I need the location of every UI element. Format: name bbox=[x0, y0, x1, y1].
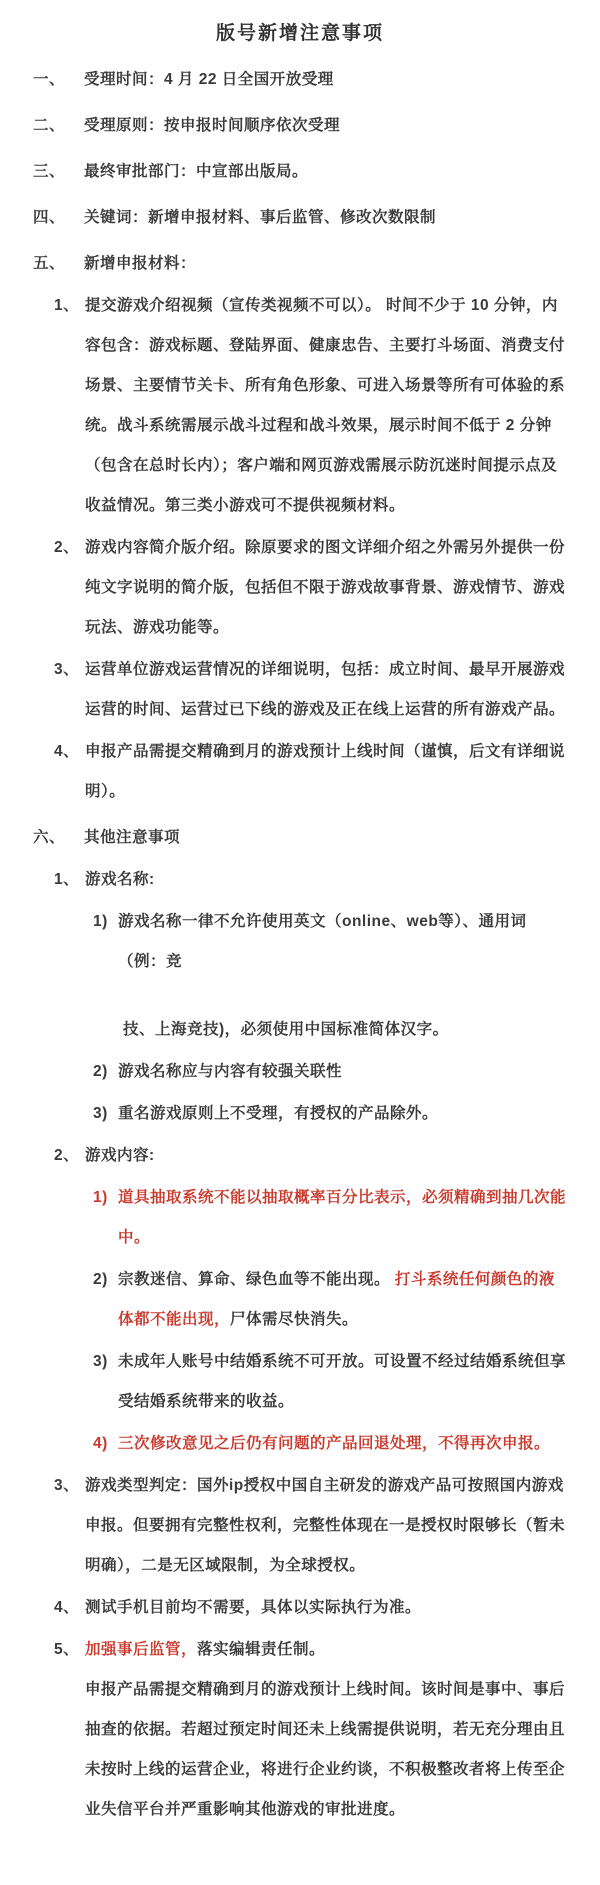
doc-paragraph: 1、提交游戏介绍视频（宣传类视频不可以）。 时间不少于 10 分钟，内容包含：游… bbox=[0, 286, 600, 526]
doc-paragraph: 3、运营单位游戏运营情况的详细说明，包括：成立时间、最早开展游戏运营的时间、运营… bbox=[0, 650, 600, 730]
list-marker: 5、 bbox=[54, 1630, 85, 1670]
doc-paragraph: 六、其他注意事项 bbox=[0, 818, 600, 858]
text-segment: 落实编辑责任制。 bbox=[197, 1641, 325, 1658]
doc-paragraph: 4、申报产品需提交精确到月的游戏预计上线时间（谨慎，后文有详细说明）。 bbox=[0, 732, 600, 812]
doc-paragraph: 2、游戏内容简介版介绍。除原要求的图文详细介绍之外需另外提供一份纯文字说明的简介… bbox=[0, 528, 600, 648]
doc-paragraph: 申报产品需提交精确到月的游戏预计上线时间。该时间是事中、事后抽查的依据。若超过预… bbox=[0, 1670, 600, 1830]
text-segment: 申报产品需提交精确到月的游戏预计上线时间。该时间是事中、事后抽查的依据。若超过预… bbox=[85, 1681, 565, 1818]
text-segment: 游戏名称: bbox=[85, 871, 155, 888]
list-marker: 4、 bbox=[54, 732, 85, 772]
list-marker: 3) bbox=[93, 1342, 118, 1382]
text-segment: 游戏名称一律不允许使用英文（online、web等）、通用词（例：竞 bbox=[118, 913, 527, 970]
text-segment: 未成年人账号中结婚系统不可开放。可设置不经过结婚系统但享受结婚系统带来的收益。 bbox=[118, 1353, 566, 1410]
text-segment: 运营单位游戏运营情况的详细说明，包括：成立时间、最早开展游戏运营的时间、运营过已… bbox=[85, 661, 565, 718]
doc-paragraph: 4、测试手机目前均不需要，具体以实际执行为准。 bbox=[0, 1588, 600, 1628]
text-segment: 申报产品需提交精确到月的游戏预计上线时间（谨慎，后文有详细说明）。 bbox=[85, 743, 565, 800]
list-marker: 三、 bbox=[33, 152, 84, 192]
text-segment: 重名游戏原则上不受理，有授权的产品除外。 bbox=[118, 1105, 438, 1122]
doc-paragraph: 四、关键词：新增申报材料、事后监管、修改次数限制 bbox=[0, 198, 600, 238]
text-segment: 其他注意事项 bbox=[84, 829, 180, 846]
list-marker: 五、 bbox=[33, 244, 84, 284]
text-segment: 游戏内容: bbox=[85, 1147, 155, 1164]
text-segment: 最终审批部门：中宣部出版局。 bbox=[84, 163, 308, 180]
document-body: 一、受理时间：4 月 22 日全国开放受理二、受理原则：按申报时间顺序依次受理三… bbox=[0, 60, 600, 1830]
text-segment: 新增申报材料： bbox=[84, 255, 196, 272]
doc-paragraph: 1、游戏名称: bbox=[0, 860, 600, 900]
text-segment: 关键词：新增申报材料、事后监管、修改次数限制 bbox=[84, 209, 436, 226]
doc-paragraph: 2)游戏名称应与内容有较强关联性 bbox=[0, 1052, 600, 1092]
list-marker: 3) bbox=[93, 1094, 118, 1134]
text-segment-red: 加强事后监管， bbox=[85, 1641, 197, 1658]
text-segment: 受理时间：4 月 22 日全国开放受理 bbox=[84, 71, 334, 88]
doc-paragraph: 五、新增申报材料： bbox=[0, 244, 600, 284]
list-marker: 3、 bbox=[54, 1466, 85, 1506]
doc-paragraph: 1)道具抽取系统不能以抽取概率百分比表示，必须精确到抽几次能中。 bbox=[0, 1178, 600, 1258]
list-marker: 1、 bbox=[54, 286, 85, 326]
document-page: 版号新增注意事项 一、受理时间：4 月 22 日全国开放受理二、受理原则：按申报… bbox=[0, 14, 600, 1830]
doc-paragraph: 3)重名游戏原则上不受理，有授权的产品除外。 bbox=[0, 1094, 600, 1134]
text-segment-red: 三次修改意见之后仍有问题的产品回退处理，不得再次申报。 bbox=[118, 1435, 550, 1452]
doc-paragraph: 4)三次修改意见之后仍有问题的产品回退处理，不得再次申报。 bbox=[0, 1424, 600, 1464]
list-marker: 4) bbox=[93, 1424, 118, 1464]
page-title: 版号新增注意事项 bbox=[0, 14, 600, 54]
doc-paragraph: 2)宗教迷信、算命、绿色血等不能出现。 打斗系统任何颜色的液体都不能出现，尸体需… bbox=[0, 1260, 600, 1340]
list-marker: 1、 bbox=[54, 860, 85, 900]
list-marker: 一、 bbox=[33, 60, 84, 100]
list-marker: 1) bbox=[93, 902, 118, 942]
doc-paragraph: 1)游戏名称一律不允许使用英文（online、web等）、通用词（例：竞 bbox=[0, 902, 600, 982]
text-segment: 受理原则：按申报时间顺序依次受理 bbox=[84, 117, 340, 134]
doc-paragraph: 5、加强事后监管，落实编辑责任制。 bbox=[0, 1630, 600, 1670]
text-segment: 测试手机目前均不需要，具体以实际执行为准。 bbox=[85, 1599, 421, 1616]
list-marker: 1) bbox=[93, 1178, 118, 1218]
list-marker: 2) bbox=[93, 1052, 118, 1092]
list-marker: 3、 bbox=[54, 650, 85, 690]
list-marker: 二、 bbox=[33, 106, 84, 146]
list-marker: 2) bbox=[93, 1260, 118, 1300]
text-segment: 宗教迷信、算命、绿色血等不能出现。 bbox=[118, 1271, 395, 1288]
text-segment: 游戏内容简介版介绍。除原要求的图文详细介绍之外需另外提供一份纯文字说明的简介版，… bbox=[85, 539, 565, 636]
doc-paragraph: 3、游戏类型判定：国外ip授权中国自主研发的游戏产品可按照国内游戏申报。但要拥有… bbox=[0, 1466, 600, 1586]
doc-paragraph: 技、上海竞技)，必须使用中国标准简体汉字。 bbox=[0, 1010, 600, 1050]
text-segment: 尸体需尽快消失。 bbox=[230, 1311, 358, 1328]
text-segment: 游戏类型判定：国外ip授权中国自主研发的游戏产品可按照国内游戏申报。但要拥有完整… bbox=[85, 1477, 565, 1574]
text-segment: 技、上海竞技)，必须使用中国标准简体汉字。 bbox=[123, 1021, 449, 1038]
text-segment: 提交游戏介绍视频（宣传类视频不可以）。 时间不少于 10 分钟，内容包含：游戏标… bbox=[85, 297, 565, 514]
list-marker: 4、 bbox=[54, 1588, 85, 1628]
list-marker: 六、 bbox=[33, 818, 84, 858]
list-marker: 2、 bbox=[54, 528, 85, 568]
text-segment-red: 道具抽取系统不能以抽取概率百分比表示，必须精确到抽几次能中。 bbox=[118, 1189, 566, 1246]
doc-paragraph: 2、游戏内容: bbox=[0, 1136, 600, 1176]
doc-paragraph: 三、最终审批部门：中宣部出版局。 bbox=[0, 152, 600, 192]
doc-paragraph: 二、受理原则：按申报时间顺序依次受理 bbox=[0, 106, 600, 146]
list-marker: 四、 bbox=[33, 198, 84, 238]
text-segment: 游戏名称应与内容有较强关联性 bbox=[118, 1063, 342, 1080]
doc-paragraph: 一、受理时间：4 月 22 日全国开放受理 bbox=[0, 60, 600, 100]
list-marker: 2、 bbox=[54, 1136, 85, 1176]
doc-paragraph: 3)未成年人账号中结婚系统不可开放。可设置不经过结婚系统但享受结婚系统带来的收益… bbox=[0, 1342, 600, 1422]
